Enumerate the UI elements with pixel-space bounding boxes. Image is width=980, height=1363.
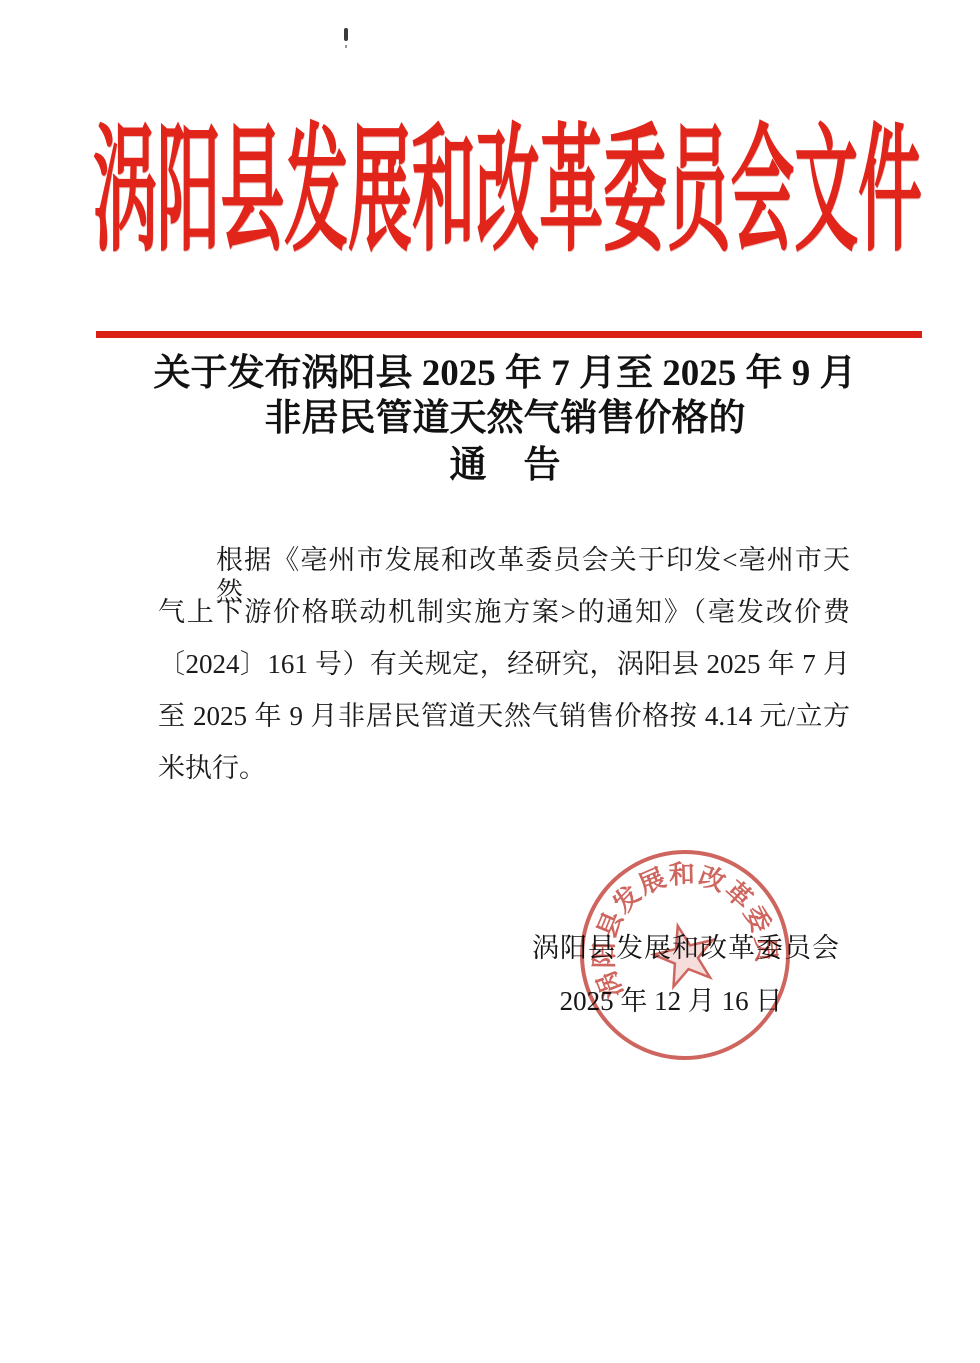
body-paragraph-line: 至 2025 年 9 月非居民管道天然气销售价格按 4.14 元/立方	[158, 700, 850, 734]
document-page: 涡阳县发展和改革委员会文件 关于发布涡阳县 2025 年 7 月至 2025 年…	[0, 0, 980, 1363]
doc-title-line3: 通 告	[15, 444, 980, 488]
doc-title-line1: 关于发布涡阳县 2025 年 7 月至 2025 年 9 月	[15, 352, 980, 396]
star-icon	[648, 919, 721, 990]
body-paragraph-line: 米执行。	[158, 752, 850, 786]
body-paragraph-line: 根据《亳州市发展和改革委员会关于印发<亳州市天然	[158, 544, 850, 578]
body-paragraph-line: 〔2024〕161 号）有关规定，经研究，涡阳县 2025 年 7 月	[158, 648, 850, 682]
red-divider-rule	[96, 331, 922, 338]
red-header-banner: 涡阳县发展和改革委员会文件	[93, 120, 923, 280]
issuing-org-banner-text: 涡阳县发展和改革委员会文件	[93, 120, 922, 265]
seal-arc-text: 涡阳县发展和改革委员会	[547, 817, 786, 1016]
scan-artifact-mark	[344, 28, 348, 41]
doc-title-line2: 非居民管道天然气销售价格的	[15, 397, 980, 441]
body-paragraph-line: 气上下游价格联动机制实施方案>的通知》（亳发改价费	[158, 596, 850, 630]
official-seal: 涡阳县发展和改革委员会	[547, 817, 823, 1093]
